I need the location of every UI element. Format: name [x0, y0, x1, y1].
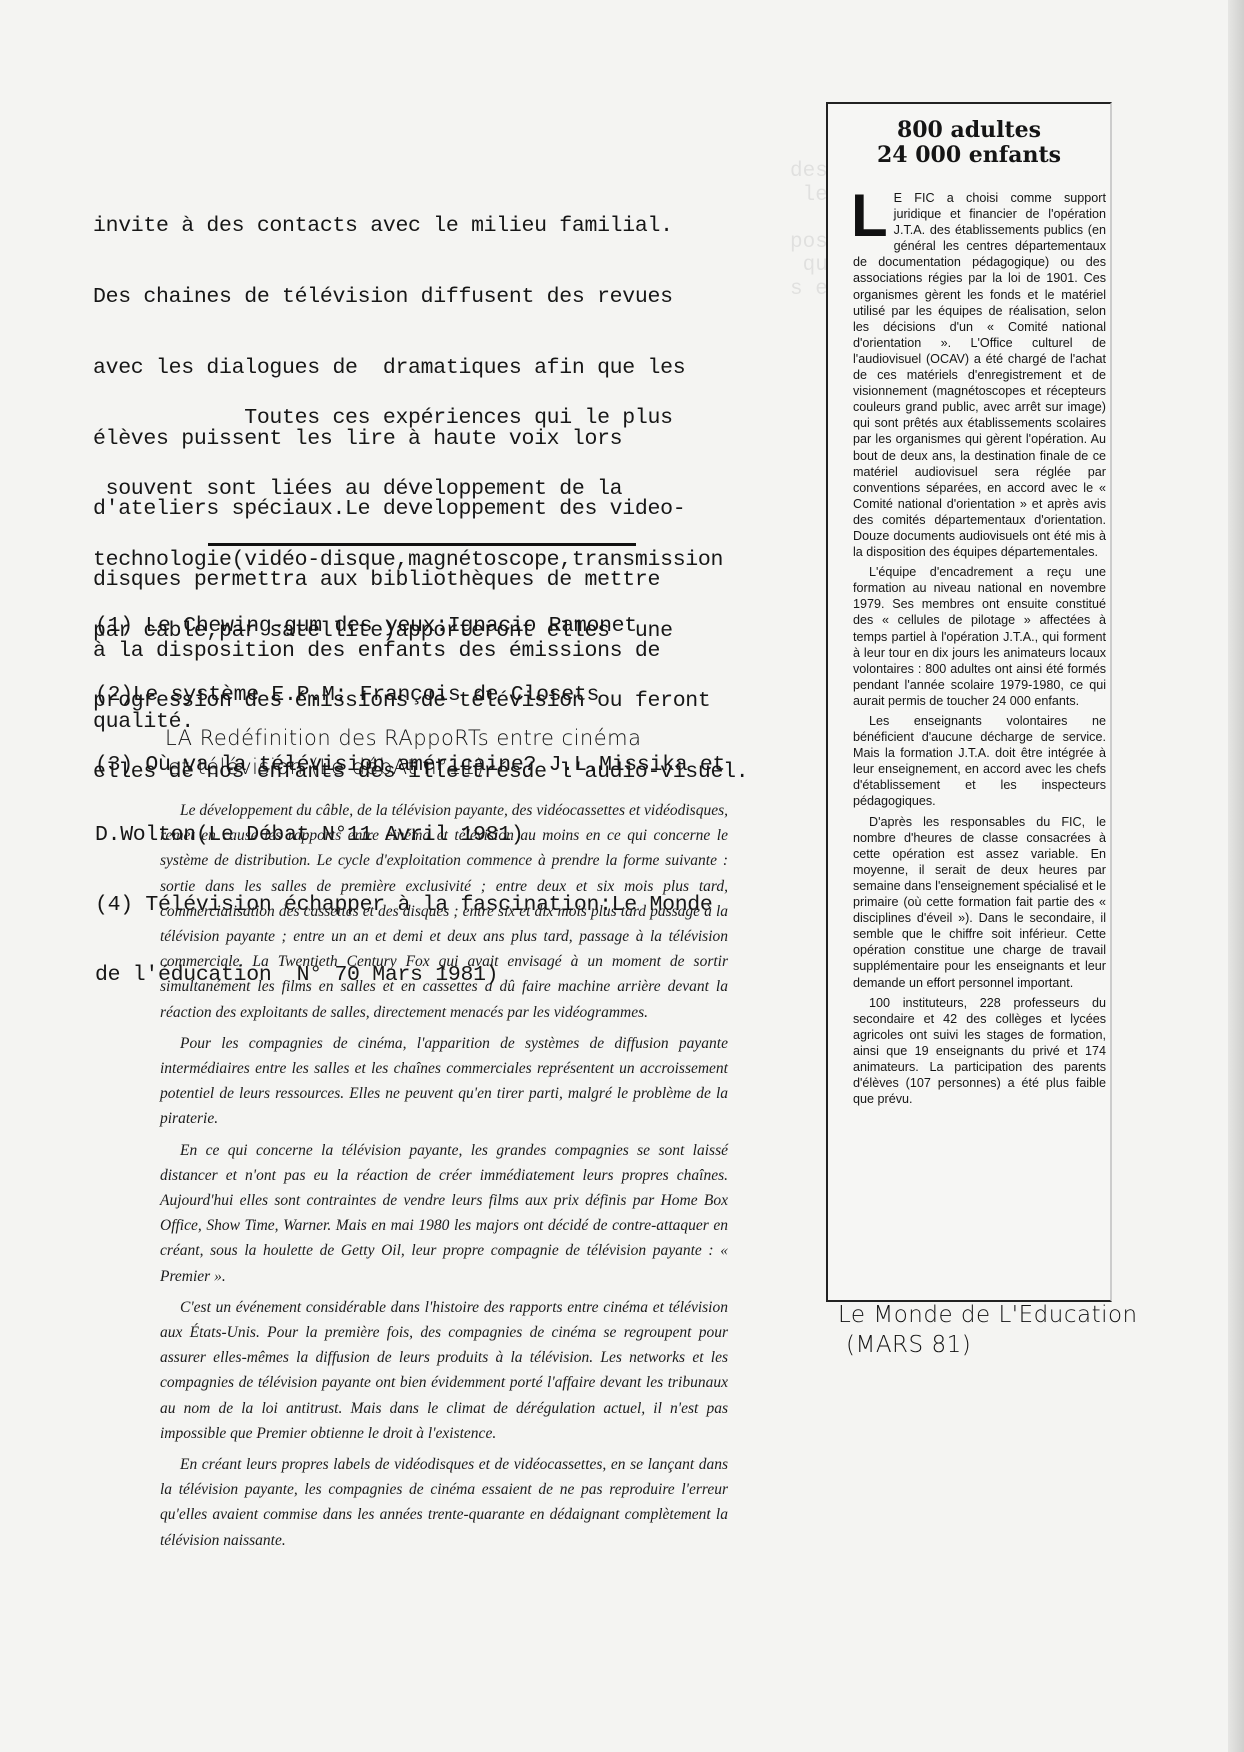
handwritten-source-note: Le Monde de L'Education (MARS 81) [838, 1300, 1178, 1360]
clipping-paragraph: L'équipe d'encadrement a reçu une format… [853, 564, 1106, 709]
typed-line: souvent sont liées au développement de l… [93, 478, 833, 502]
typed-line: invite à des contacts avec le milieu fam… [93, 215, 833, 239]
clipping-paragraph: Les enseignants volontaires ne bénéficie… [853, 713, 1106, 810]
source-note-line1: Le Monde de L'Education [838, 1300, 1178, 1330]
source-note-line2: (MARS 81) [838, 1330, 1178, 1360]
article-paragraph: Le développement du câble, de la télévis… [160, 798, 728, 1025]
article-paragraph: Pour les compagnies de cinéma, l'apparit… [160, 1031, 728, 1132]
clipping-paragraph-text: E FIC a choisi comme support juridique e… [853, 191, 1106, 559]
clipping-body: LE FIC a choisi comme support juridique … [853, 190, 1106, 1111]
article-clipping: Le développement du câble, de la télévis… [160, 798, 728, 1559]
handwritten-heading: LA Redéfinition des RAppoRTs entre ciném… [165, 724, 665, 782]
article-paragraph: C'est un événement considérable dans l'h… [160, 1295, 728, 1446]
page-edge-shadow [1228, 0, 1244, 1752]
clipping-paragraph: D'après les responsables du FIC, le nomb… [853, 814, 1106, 991]
boxed-newspaper-clipping: 800 adultes 24 000 enfants LE FIC a choi… [826, 102, 1112, 1302]
article-paragraph: En créant leurs propres labels de vidéod… [160, 1452, 728, 1553]
footnote-1: (1) Le Chewing-gum des yeux:Ignacio Ramo… [95, 615, 815, 638]
article-paragraph: En ce qui concerne la télévision payante… [160, 1138, 728, 1289]
handwritten-heading-line2: et télévision (Le débAt n°11) [165, 753, 665, 782]
footnote-2: (2)Le système E.P.M: François de Closets [95, 684, 815, 707]
section-divider [208, 543, 636, 546]
handwritten-heading-line1: LA Redéfinition des RAppoRTs entre ciném… [165, 724, 665, 753]
typed-line: Des chaines de télévision diffusent des … [93, 286, 833, 310]
clipping-headline: 800 adultes 24 000 enfants [828, 118, 1110, 168]
drop-cap: L [851, 192, 888, 240]
clipping-headline-line1: 800 adultes [828, 118, 1110, 143]
clipping-headline-line2: 24 000 enfants [828, 143, 1110, 168]
clipping-paragraph: 100 instituteurs, 228 professeurs du sec… [853, 995, 1106, 1108]
clipping-paragraph-1: LE FIC a choisi comme support juridique … [853, 190, 1106, 560]
typed-line: Toutes ces expériences qui le plus [93, 407, 833, 431]
